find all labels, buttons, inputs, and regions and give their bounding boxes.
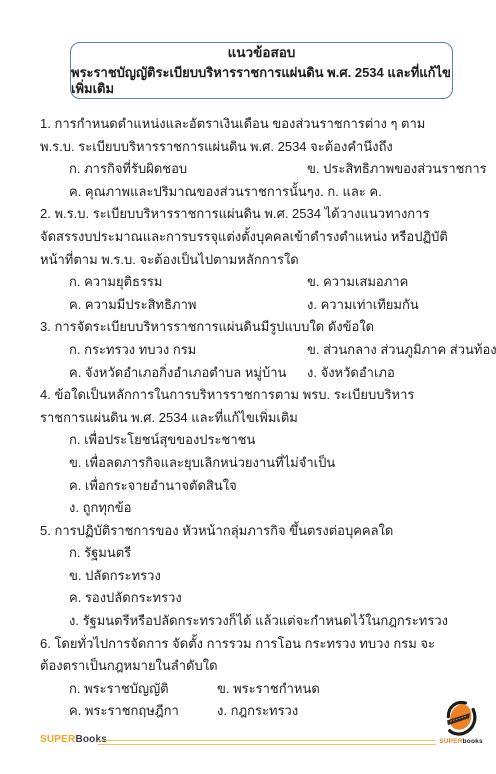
- question-3-text: 3. การจัดระเบียบบริหารราชการแผ่นดินมีรูป…: [40, 316, 457, 339]
- exam-document-page: แนวข้อสอบ พระราชบัญญัติระเบียบบริหารราชก…: [0, 0, 496, 774]
- question-1-option-c: ค. คุณภาพและปริมาณของส่วนราชการนั้นๆ: [69, 181, 314, 204]
- question-1-option-d: ง. ก. และ ค.: [314, 181, 382, 204]
- logo-text-super: SUPER: [439, 738, 462, 745]
- question-2-option-row-2: ค. ความมีประสิทธิภาพ ง. ความเท่าเทียมกัน: [40, 294, 457, 317]
- exam-title: แนวข้อสอบ: [228, 45, 296, 61]
- logo-text-books: books: [463, 738, 483, 745]
- question-1-text: 1. การกำหนดตำแหน่งและอัตราเงินเดือน ของส…: [40, 113, 457, 158]
- question-6-option-a: ก. พระราชบัญญัติ: [69, 678, 217, 701]
- question-6-text: 6. โดยทั่วไปการจัดการ จัดตั้ง การรวม การ…: [40, 633, 457, 678]
- question-5-option-a: ก. รัฐมนตรี: [40, 542, 457, 565]
- question-1: 1. การกำหนดตำแหน่งและอัตราเงินเดือน ของส…: [40, 113, 457, 203]
- question-1-option-row-2: ค. คุณภาพและปริมาณของส่วนราชการนั้นๆ ง. …: [40, 181, 457, 204]
- question-2-option-row-1: ก. ความยุติธรรม ข. ความเสมอภาค: [40, 271, 457, 294]
- question-2-option-a: ก. ความยุติธรรม: [69, 271, 307, 294]
- question-5-option-b: ข. ปลัดกระทรวง: [40, 565, 457, 588]
- question-2-option-d: ง. ความเท่าเทียมกัน: [307, 294, 419, 317]
- superbooks-swoosh-logo-icon: [443, 701, 479, 737]
- question-2-option-b: ข. ความเสมอภาค: [307, 271, 408, 294]
- question-3-option-row-2: ค. จังหวัดอำเภอกิ่งอำเภอตำบล หมู่บ้าน ง.…: [40, 362, 457, 385]
- question-6-option-d: ง. กฎกระทรวง: [217, 700, 298, 723]
- footer-divider-line: [98, 740, 436, 745]
- question-5-option-d: ง. รัฐมนตรีหรือปลัดกระทรวงก็ได้ แล้วแต่จ…: [40, 610, 457, 633]
- exam-subtitle: พระราชบัญญัติระเบียบบริหารราชการแผ่นดิน …: [71, 65, 452, 96]
- question-4-option-d: ง. ถูกทุกข้อ: [40, 497, 457, 520]
- question-4-option-a: ก. เพื่อประโยชน์สุขของประชาชน: [40, 429, 457, 452]
- question-4: 4. ข้อใดเป็นหลักการในการบริหารราชการตาม …: [40, 384, 457, 520]
- superbooks-logo-text: SUPERbooks: [439, 738, 483, 745]
- question-6-option-c: ค. พระราชกฤษฎีกา: [69, 700, 217, 723]
- question-1-option-b: ข. ประสิทธิภาพของส่วนราชการ: [307, 158, 487, 181]
- question-4-text: 4. ข้อใดเป็นหลักการในการบริหารราชการตาม …: [40, 384, 457, 429]
- question-5: 5. การปฏิบัติราชการของ หัวหน้ากลุ่มภารกิ…: [40, 520, 457, 633]
- question-6-option-row-1: ก. พระราชบัญญัติ ข. พระราชกำหนด: [40, 678, 457, 701]
- superbooks-logo: SUPERbooks: [437, 701, 485, 745]
- question-3: 3. การจัดระเบียบบริหารราชการแผ่นดินมีรูป…: [40, 316, 457, 384]
- question-3-option-b: ข. ส่วนกลาง ส่วนภูมิภาค ส่วนท้องถิ่น: [307, 339, 496, 362]
- question-1-option-row-1: ก. ภารกิจที่รับผิดชอบ ข. ประสิทธิภาพของส…: [40, 158, 457, 181]
- question-3-option-d: ง. จังหวัดอำเภอ: [307, 362, 395, 385]
- question-2-option-c: ค. ความมีประสิทธิภาพ: [69, 294, 307, 317]
- question-3-option-c: ค. จังหวัดอำเภอกิ่งอำเภอตำบล หมู่บ้าน: [69, 362, 307, 385]
- question-6-option-b: ข. พระราชกำหนด: [217, 678, 320, 701]
- question-2: 2. พ.ร.บ. ระเบียบบริหารราชการแผ่นดิน พ.ศ…: [40, 203, 457, 316]
- exam-header-box: แนวข้อสอบ พระราชบัญญัติระเบียบบริหารราชก…: [70, 42, 453, 99]
- question-5-option-c: ค. รองปลัดกระทรวง: [40, 587, 457, 610]
- footer-brand-super: SUPER: [40, 734, 75, 745]
- question-4-option-b: ข. เพื่อลดภารกิจและยุบเลิกหน่วยงานที่ไม่…: [40, 452, 457, 475]
- question-list: 1. การกำหนดตำแหน่งและอัตราเงินเดือน ของส…: [40, 113, 457, 723]
- question-6: 6. โดยทั่วไปการจัดการ จัดตั้ง การรวม การ…: [40, 633, 457, 723]
- question-1-option-a: ก. ภารกิจที่รับผิดชอบ: [69, 158, 307, 181]
- question-2-text: 2. พ.ร.บ. ระเบียบบริหารราชการแผ่นดิน พ.ศ…: [40, 203, 457, 271]
- footer-brand-text: SUPERBooks: [40, 734, 107, 745]
- question-5-text: 5. การปฏิบัติราชการของ หัวหน้ากลุ่มภารกิ…: [40, 520, 457, 543]
- question-4-option-c: ค. เพื่อกระจายอำนาจตัดสินใจ: [40, 475, 457, 498]
- question-3-option-a: ก. กระทรวง ทบวง กรม: [69, 339, 307, 362]
- question-3-option-row-1: ก. กระทรวง ทบวง กรม ข. ส่วนกลาง ส่วนภูมิ…: [40, 339, 457, 362]
- question-6-option-row-2: ค. พระราชกฤษฎีกา ง. กฎกระทรวง: [40, 700, 457, 723]
